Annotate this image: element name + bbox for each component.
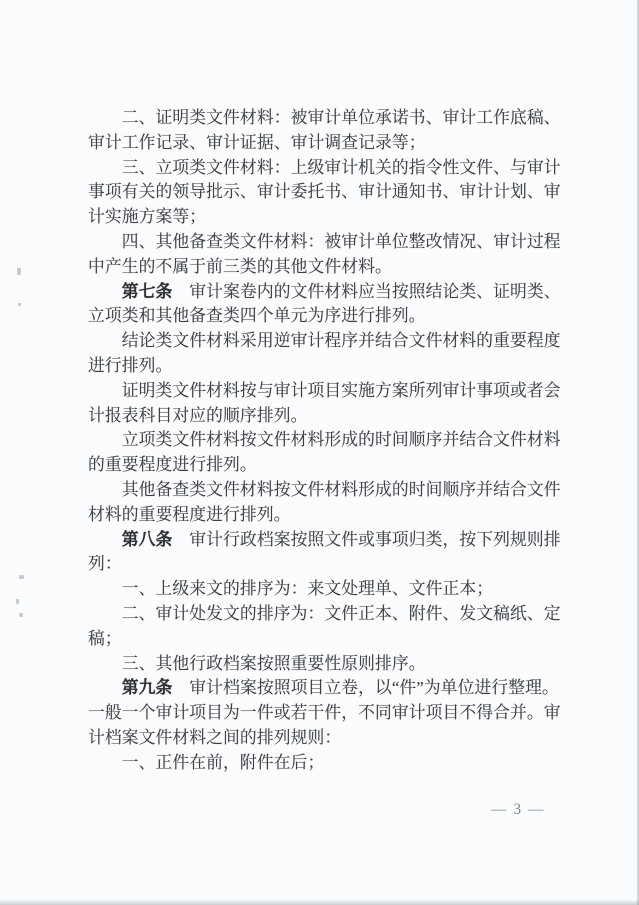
line-text: 结论类文件材料采用逆审计程序并结合文件材料的重要程度 (88, 331, 561, 350)
text-line: 立项类文件材料按文件材料形成的时间顺序并结合文件材料 (88, 428, 566, 453)
text-line: 稿； (88, 627, 566, 652)
text-line: 证明类文件材料按与审计项目实施方案所列审计事项或者会 (88, 379, 566, 404)
text-line: 的重要程度进行排列。 (88, 453, 566, 478)
text-line: 二、审计处发文的排序为：文件正本、附件、发文稿纸、定 (88, 602, 566, 627)
line-text: 二、审计处发文的排序为：文件正本、附件、发文稿纸、定 (88, 604, 561, 623)
scan-speckle (19, 613, 23, 617)
line-text: 四、其他备查类文件材料：被审计单位整改情况、审计过程 (88, 232, 561, 251)
scan-speckle (17, 268, 21, 275)
page-number: — 3 — (483, 801, 553, 819)
line-text: 立项类文件材料按文件材料形成的时间顺序并结合文件材料 (88, 430, 561, 449)
text-line: 计报表科目对应的顺序排列。 (88, 404, 566, 429)
text-line: 立项类和其他备查类四个单元为序进行排列。 (88, 304, 566, 329)
line-text: 一般一个审计项目为一件或若干件，不同审计项目不得合并。审 (88, 703, 561, 722)
text-line: 第九条 审计档案按照项目立卷，以“件”为单位进行整理。 (88, 676, 566, 701)
scan-edge-bottom (0, 900, 639, 905)
line-text: 计实施方案等； (88, 207, 206, 226)
text-line: 结论类文件材料采用逆审计程序并结合文件材料的重要程度 (88, 329, 566, 354)
text-line: 列： (88, 552, 566, 577)
line-text: 审计行政档案按照文件或事项归类，按下列规则排 (172, 530, 560, 549)
document-body: 二、证明类文件材料：被审计单位承诺书、审计工作底稿、审计工作记录、审计证据、审计… (88, 106, 566, 776)
line-text: 三、立项类文件材料：上级审计机关的指令性文件、与审计 (88, 158, 561, 177)
line-text: 事项有关的领导批示、审计委托书、审计通知书、审计计划、审 (88, 182, 561, 201)
scan-speckle (19, 575, 24, 579)
line-text: 证明类文件材料按与审计项目实施方案所列审计事项或者会 (88, 381, 561, 400)
line-text: 审计工作记录、审计证据、审计调查记录等； (88, 133, 426, 152)
article-number: 第九条 (88, 678, 172, 697)
line-text: 审计案卷内的文件材料应当按照结论类、证明类、 (172, 282, 560, 301)
line-text: 计档案文件材料之间的排列规则： (88, 728, 341, 747)
text-line: 计档案文件材料之间的排列规则： (88, 726, 566, 751)
line-text: 一、正件在前，附件在后； (88, 753, 324, 772)
line-text: 审计档案按照项目立卷，以“件”为单位进行整理。 (172, 678, 559, 697)
text-line: 三、其他行政档案按照重要性原则排序。 (88, 652, 566, 677)
text-line: 第七条 审计案卷内的文件材料应当按照结论类、证明类、 (88, 280, 566, 305)
line-text: 中产生的不属于前三类的其他文件材料。 (88, 257, 392, 276)
text-line: 一、正件在前，附件在后； (88, 751, 566, 776)
line-text: 其他备查类文件材料按文件材料形成的时间顺序并结合文件 (88, 480, 561, 499)
line-text: 稿； (88, 629, 122, 648)
text-line: 四、其他备查类文件材料：被审计单位整改情况、审计过程 (88, 230, 566, 255)
text-line: 事项有关的领导批示、审计委托书、审计通知书、审计计划、审 (88, 180, 566, 205)
text-line: 一般一个审计项目为一件或若干件，不同审计项目不得合并。审 (88, 701, 566, 726)
line-text: 立项类和其他备查类四个单元为序进行排列。 (88, 306, 426, 325)
text-line: 进行排列。 (88, 354, 566, 379)
text-line: 计实施方案等； (88, 205, 566, 230)
text-line: 中产生的不属于前三类的其他文件材料。 (88, 255, 566, 280)
scan-speckle (18, 303, 21, 306)
text-line: 审计工作记录、审计证据、审计调查记录等； (88, 131, 566, 156)
scanned-document-page: 二、证明类文件材料：被审计单位承诺书、审计工作底稿、审计工作记录、审计证据、审计… (0, 0, 639, 905)
scan-speckle (16, 599, 19, 604)
line-text: 三、其他行政档案按照重要性原则排序。 (88, 654, 426, 673)
line-text: 列： (88, 554, 122, 573)
text-line: 一、上级来文的排序为：来文处理单、文件正本； (88, 577, 566, 602)
text-line: 三、立项类文件材料：上级审计机关的指令性文件、与审计 (88, 156, 566, 181)
text-line: 二、证明类文件材料：被审计单位承诺书、审计工作底稿、 (88, 106, 566, 131)
line-text: 材料的重要程度进行排列。 (88, 505, 291, 524)
text-line: 其他备查类文件材料按文件材料形成的时间顺序并结合文件 (88, 478, 566, 503)
line-text: 二、证明类文件材料：被审计单位承诺书、审计工作底稿、 (88, 108, 561, 127)
line-text: 计报表科目对应的顺序排列。 (88, 406, 307, 425)
text-line: 材料的重要程度进行排列。 (88, 503, 566, 528)
line-text: 一、上级来文的排序为：来文处理单、文件正本； (88, 579, 493, 598)
line-text: 的重要程度进行排列。 (88, 455, 257, 474)
line-text: 进行排列。 (88, 356, 172, 375)
text-line: 第八条 审计行政档案按照文件或事项归类，按下列规则排 (88, 528, 566, 553)
article-number: 第七条 (88, 282, 172, 301)
article-number: 第八条 (88, 530, 172, 549)
